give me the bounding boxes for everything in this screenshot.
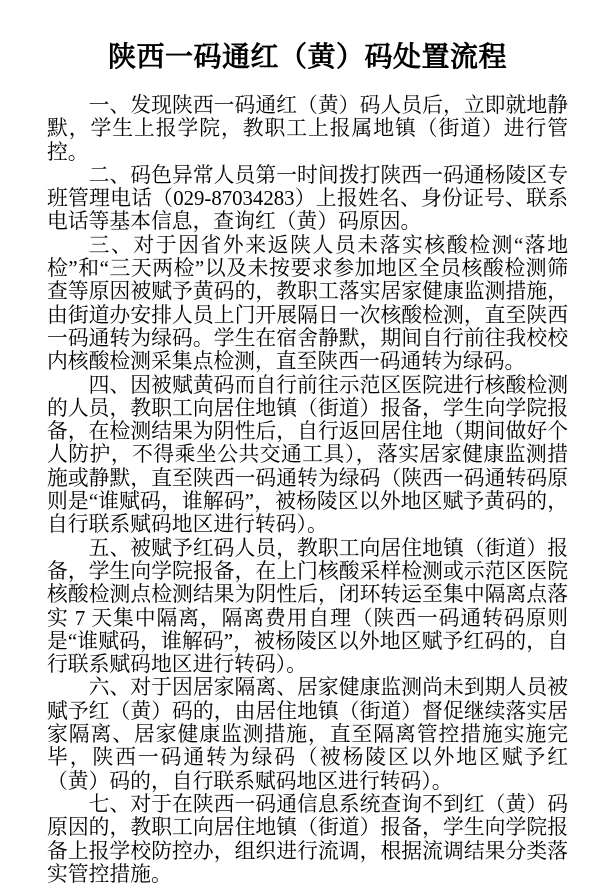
paragraph-7: 七、对于在陕西一码通信息系统查询不到红（黄）码原因的，教职工向居住地镇（街道）报… bbox=[47, 793, 568, 886]
paragraph-4: 四、因被赋黄码而自行前往示范区医院进行核酸检测的人员，教职工向居住地镇（街道）报… bbox=[47, 374, 568, 537]
document-body: 一、发现陕西一码通红（黄）码人员后，立即就地静默，学生上报学院，教职工上报属地镇… bbox=[47, 94, 568, 886]
paragraph-6: 六、对于因居家隔离、居家健康监测尚未到期人员被赋予红（黄）码的，由居住地镇（街道… bbox=[47, 676, 568, 792]
document-page: 陕西一码通红（黄）码处置流程 一、发现陕西一码通红（黄）码人员后，立即就地静默，… bbox=[0, 0, 609, 887]
paragraph-2: 二、码色异常人员第一时间拨打陕西一码通杨陵区专班管理电话（029-8703428… bbox=[47, 164, 568, 234]
paragraph-1: 一、发现陕西一码通红（黄）码人员后，立即就地静默，学生上报学院，教职工上报属地镇… bbox=[47, 94, 568, 164]
page-title: 陕西一码通红（黄）码处置流程 bbox=[47, 41, 568, 75]
paragraph-3: 三、对于因省外来返陕人员未落实核酸检测“落地检”和“三天两检”以及未按要求参加地… bbox=[47, 234, 568, 374]
paragraph-5: 五、被赋予红码人员，教职工向居住地镇（街道）报备，学生向学院报备，在上门核酸采样… bbox=[47, 537, 568, 677]
